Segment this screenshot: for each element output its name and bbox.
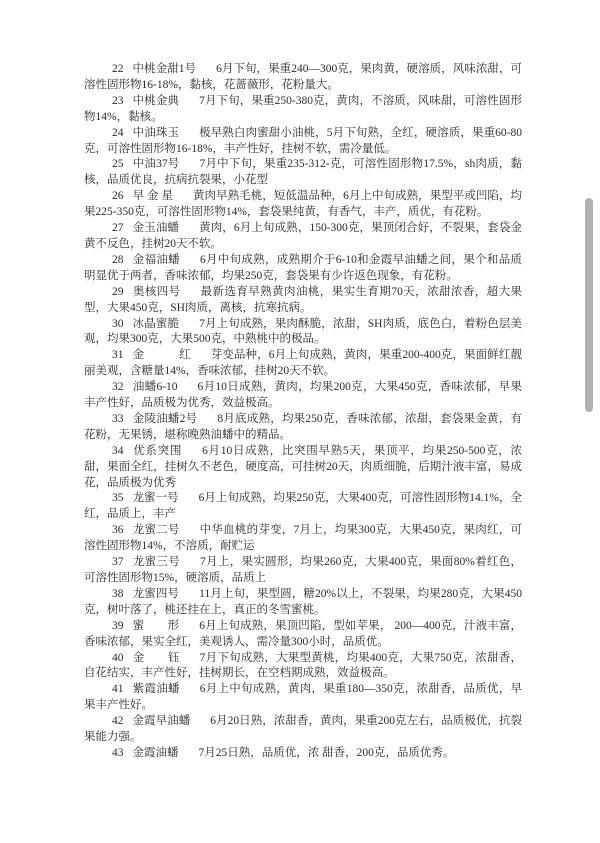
item-name: 金霞早油蟠 bbox=[133, 715, 191, 727]
item-name: 奥核四号 bbox=[133, 286, 181, 298]
list-item: 27金玉油蟠黄肉，6月上旬成熟，150-300克，果顶闭合好，不裂果，套袋金黄不… bbox=[84, 221, 522, 253]
item-name: 油蟠6-10 bbox=[133, 381, 178, 393]
item-number: 33 bbox=[112, 413, 124, 425]
list-item: 22中桃金甜1号6月下旬，果重240—300克，果肉黄，硬溶质，风味浓甜，可溶性… bbox=[84, 62, 522, 94]
item-name: 早 金 星 bbox=[133, 190, 174, 202]
item-number: 34 bbox=[112, 445, 124, 457]
item-name: 金 红 bbox=[133, 349, 191, 361]
item-name: 龙蜜三号 bbox=[133, 556, 181, 568]
item-name: 金 钰 bbox=[133, 652, 180, 664]
list-item: 34优系突围6月10日成熟，比突围早熟5天，果顶平，均果250-500克，浓甜，… bbox=[84, 444, 522, 492]
item-name: 金玉油蟠 bbox=[133, 222, 180, 234]
list-item: 35龙蜜一号6月上旬成熟，均果250克，大果400克，可溶性固形物14.1%，全… bbox=[84, 491, 522, 523]
list-item: 28金福油蟠6月中旬成熟，成熟期介于6-10和金霞早油蟠之间，果个和品质明显优于… bbox=[84, 253, 522, 285]
item-description: 7月25日熟，品质优，浓 甜香，200克，品质优秀。 bbox=[199, 747, 455, 759]
item-name: 中油37号 bbox=[133, 158, 180, 170]
list-item: 37龙蜜三号7月上，果实圆形，均果260克，大果400克，果面80%着红色，可溶… bbox=[84, 555, 522, 587]
item-number: 41 bbox=[112, 683, 124, 695]
item-name: 金陵油蟠2号 bbox=[133, 413, 198, 425]
list-item: 40金 钰7月下旬成熟，大果型黄桃，均果400克，大果750克，浓甜香，自花结实… bbox=[84, 651, 522, 683]
item-number: 27 bbox=[112, 222, 124, 234]
item-name: 中油珠玉 bbox=[133, 127, 180, 139]
list-item: 30冰晶蜜脆7月上旬成熟，果肉酥脆，浓甜，SH肉质，底色白，着粉色层美观，均果3… bbox=[84, 317, 522, 349]
list-item: 43金霞油蟠7月25日熟，品质优，浓 甜香，200克，品质优秀。 bbox=[84, 746, 522, 762]
item-number: 22 bbox=[112, 63, 124, 75]
item-number: 23 bbox=[112, 95, 124, 107]
item-number: 25 bbox=[112, 158, 124, 170]
list-item: 29奥核四号最新选育早熟黄肉油桃，果实生育期70天，浓甜浓香，超大果型，大果45… bbox=[84, 285, 522, 317]
item-name: 中桃金甜1号 bbox=[133, 63, 197, 75]
list-item: 25中油37号7月中下旬，果重235-312-克，可溶性固形物17.5%，sh肉… bbox=[84, 157, 522, 189]
list-item: 31金 红芽变品种，6月上旬成熟，黄肉，果重200-400克，果面鲜红靓丽美观，… bbox=[84, 348, 522, 380]
item-number: 28 bbox=[112, 254, 124, 266]
item-name: 紫霞油蟠 bbox=[133, 683, 180, 695]
item-name: 龙蜜一号 bbox=[133, 492, 179, 504]
list-item: 42金霞早油蟠6月20日熟，浓甜香，黄肉，果重200克左右，品质极优，抗裂果能力… bbox=[84, 714, 522, 746]
item-name: 蜜 形 bbox=[133, 620, 180, 632]
item-number: 36 bbox=[112, 524, 124, 536]
item-number: 29 bbox=[112, 286, 124, 298]
item-name: 龙蜜二号 bbox=[133, 524, 180, 536]
item-number: 24 bbox=[112, 127, 124, 139]
list-item: 41紫霞油蟠6月上中旬成熟，黄肉，果重180—350克，浓甜香，品质优，早果丰产… bbox=[84, 682, 522, 714]
list-item: 38龙蜜四号11月上旬，果型圆，糖20%以上，不裂果，均果280克，大果450克… bbox=[84, 587, 522, 619]
scrollbar-thumb[interactable] bbox=[585, 198, 593, 412]
list-item: 24中油珠玉极早熟白肉蜜甜小油桃，5月下旬熟，全红，硬溶质，果重60-80克，可… bbox=[84, 126, 522, 158]
list-item: 23中桃金典7月下旬，果重250-380克，黄肉，不溶质，风味甜，可溶性固形物1… bbox=[84, 94, 522, 126]
item-number: 43 bbox=[112, 747, 124, 759]
list-item: 26早 金 星黄肉早熟毛桃，短低温品种，6月上中旬成熟，果型平或凹陷，均果225… bbox=[84, 189, 522, 221]
item-number: 39 bbox=[112, 620, 124, 632]
item-name: 金福油蟠 bbox=[133, 254, 180, 266]
list-item: 39蜜 形6月上旬成熟，果顶凹陷，型如苹果， 200—400克，汁液丰富，香味浓… bbox=[84, 619, 522, 651]
item-number: 31 bbox=[112, 349, 124, 361]
item-name: 优系突围 bbox=[133, 445, 183, 457]
item-name: 冰晶蜜脆 bbox=[133, 318, 180, 330]
item-number: 42 bbox=[112, 715, 124, 727]
item-name: 中桃金典 bbox=[133, 95, 180, 107]
variety-list: 22中桃金甜1号6月下旬，果重240—300克，果肉黄，硬溶质，风味浓甜，可溶性… bbox=[84, 62, 522, 762]
item-number: 38 bbox=[112, 588, 124, 600]
item-name: 龙蜜四号 bbox=[133, 588, 180, 600]
item-number: 26 bbox=[112, 190, 124, 202]
list-item: 36龙蜜二号中华血桃的芽变，7月上，均果300克，大果450克，果肉红，可溶性固… bbox=[84, 523, 522, 555]
item-number: 30 bbox=[112, 318, 124, 330]
item-name: 金霞油蟠 bbox=[133, 747, 179, 759]
item-number: 32 bbox=[112, 381, 124, 393]
list-item: 32油蟠6-106月10日成熟，黄肉，均果200克，大果450克，香味浓郁，早果… bbox=[84, 380, 522, 412]
item-number: 35 bbox=[112, 492, 124, 504]
item-number: 37 bbox=[112, 556, 124, 568]
item-number: 40 bbox=[112, 652, 124, 664]
list-item: 33金陵油蟠2号8月底成熟，均果250克，香味浓郁，浓甜，套袋果金黄，有花粉，无… bbox=[84, 412, 522, 444]
